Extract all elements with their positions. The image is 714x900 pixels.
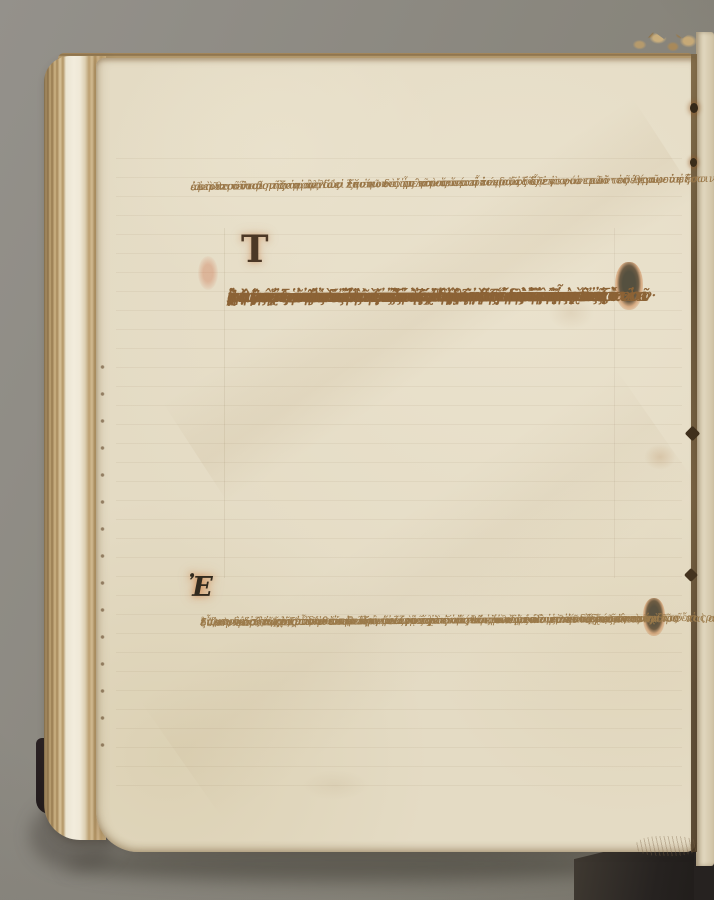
- parchment-stain: [644, 444, 676, 470]
- faded-rubric-mark: [198, 256, 218, 290]
- ruling-lines: [116, 140, 682, 790]
- commentary-bottom-block: κ πολλῶν κακῶν ἐπεδείξαντο πρὸς χλεύην τ…: [200, 578, 214, 614]
- worm-hole: [690, 103, 698, 113]
- parchment-stain: [300, 770, 370, 800]
- commentary-top-block: ἐλευθεροῦται τῆς ἁμαρτίας· ἐποίει δὲ ἡμέ…: [190, 141, 204, 177]
- frayed-threads: [636, 836, 698, 856]
- next-page-edge: [696, 32, 714, 866]
- margin-ruling-left: [224, 228, 225, 578]
- gospel-text-block: ότε οἱ ςρατιῶται τοῦ ἡγεμόνος παραλαβόντ…: [227, 230, 265, 287]
- manuscript-photo: ἐλευθεροῦται τῆς ἁμαρτίας· ἐποίει δὲ ἡμέ…: [0, 0, 714, 900]
- gospel-line: ἠγγάρευσαν ἵνα ἄρῃ τὸν ςαυρὸν αὐτοῦ ::: [227, 286, 629, 306]
- worm-hole: [690, 158, 697, 167]
- pricking-holes: [100, 364, 105, 750]
